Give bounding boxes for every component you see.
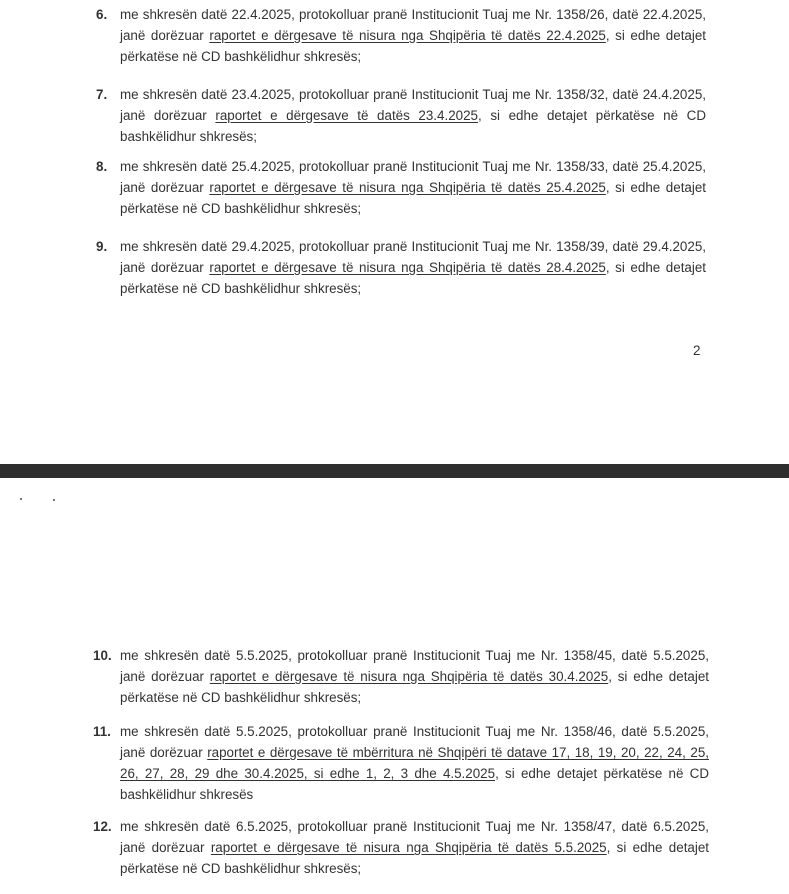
page-separator (0, 464, 789, 478)
list-item-11: 11. me shkresën datë 5.5.2025, protokoll… (93, 721, 709, 805)
item-text-underlined: raportet e dërgesave të nisura nga Shqip… (211, 840, 607, 855)
item-text: me shkresën datë 22.4.2025, protokolluar… (120, 4, 706, 67)
document-page-2: 6. me shkresën datë 22.4.2025, protokoll… (0, 0, 789, 464)
item-text-underlined: raportet e dërgesave të nisura nga Shqip… (209, 28, 606, 43)
item-number: 7. (96, 84, 107, 105)
item-number: 6. (96, 4, 107, 25)
item-text-underlined: raportet e dërgesave të nisura nga Shqip… (209, 260, 606, 275)
item-text: me shkresën datë 29.4.2025, protokolluar… (120, 236, 706, 299)
item-number: 12. (93, 816, 112, 837)
item-text: me shkresën datë 23.4.2025, protokolluar… (120, 84, 706, 147)
item-text-underlined: raportet e dërgesave të datës 23.4.2025 (215, 108, 478, 123)
list-item-8: 8. me shkresën datë 25.4.2025, protokoll… (96, 156, 706, 219)
item-number: 8. (96, 156, 107, 177)
item-text-underlined: raportet e dërgesave të nisura nga Shqip… (209, 180, 606, 195)
list-item-10: 10. me shkresën datë 5.5.2025, protokoll… (93, 645, 709, 708)
list-item-6: 6. me shkresën datë 22.4.2025, protokoll… (96, 4, 706, 67)
item-text: me shkresën datë 5.5.2025, protokolluar … (120, 645, 709, 708)
list-item-12: 12. me shkresën datë 6.5.2025, protokoll… (93, 816, 709, 879)
item-text: me shkresën datë 5.5.2025, protokolluar … (120, 721, 709, 805)
scan-speck (20, 498, 22, 500)
item-number: 9. (96, 236, 107, 257)
page-number: 2 (693, 343, 700, 358)
item-text: me shkresën datë 6.5.2025, protokolluar … (120, 816, 709, 879)
item-text-underlined: raportet e dërgesave të nisura nga Shqip… (210, 669, 608, 684)
item-number: 10. (93, 645, 112, 666)
scan-speck (53, 499, 55, 501)
item-number: 11. (93, 721, 111, 742)
list-item-9: 9. me shkresën datë 29.4.2025, protokoll… (96, 236, 706, 299)
list-item-7: 7. me shkresën datë 23.4.2025, protokoll… (96, 84, 706, 147)
item-text: me shkresën datë 25.4.2025, protokolluar… (120, 156, 706, 219)
document-page-3: 10. me shkresën datë 5.5.2025, protokoll… (0, 478, 789, 894)
